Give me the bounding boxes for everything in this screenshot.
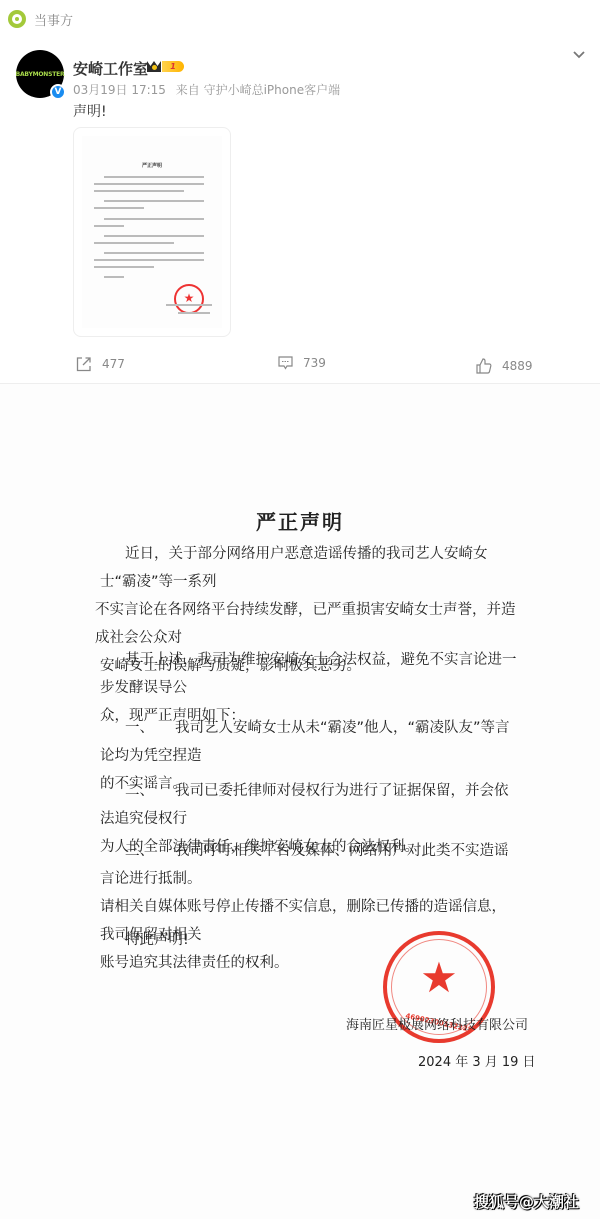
repost-button[interactable]: 477 [76,356,125,372]
document-date: 2024 年 3 月 19 日 [418,1051,536,1070]
company-name: 海南匠星极展网络科技有限公司 [346,1014,528,1033]
thumbnail-title: 严正声明 [82,162,222,169]
post-meta: 03月19日 17:15 来自 守护小崎总iPhone客户端 [73,81,346,98]
comment-button[interactable]: 739 [278,356,326,370]
comment-icon [278,356,293,370]
thumbs-up-icon [476,358,492,374]
crown-icon [147,61,161,72]
comment-count: 739 [303,356,326,370]
party-tag-label: 当事方 [34,10,73,29]
vip-badge[interactable]: 1 [147,61,184,72]
like-count: 4889 [502,359,533,373]
post-timestamp: 03月19日 17:15 [73,83,166,97]
statement-thumbnail[interactable]: 严正声明 [73,127,231,337]
document-title: 严正声明 [0,506,600,535]
post-text: 声明! [73,101,107,121]
thumbnail-document: 严正声明 [82,136,222,328]
statement-document-image: 严正声明 近日，关于部分网络用户恶意造谣传播的我司艺人安崎女士“霸凌”等一系列 … [0,384,600,1219]
avatar-logo-text: BABYMONSTER [16,71,65,78]
verified-badge-icon: V [50,84,66,100]
seal-star-icon: ★ [387,957,491,999]
share-icon [76,356,92,372]
vip-level: 1 [162,61,184,72]
thumbnail-stamp [174,284,204,314]
post-source[interactable]: 来自 守护小崎总iPhone客户端 [176,83,340,97]
action-bar: 477 739 4889 [0,352,600,382]
party-tag: 当事方 [8,8,73,30]
user-name[interactable]: 安崎工作室 [73,58,148,79]
like-button[interactable]: 4889 [476,358,533,374]
watermark: 搜狐号@大潮社 [474,1191,579,1212]
repost-count: 477 [102,357,125,371]
location-pin-icon [8,10,26,28]
chevron-down-icon[interactable] [572,48,586,62]
